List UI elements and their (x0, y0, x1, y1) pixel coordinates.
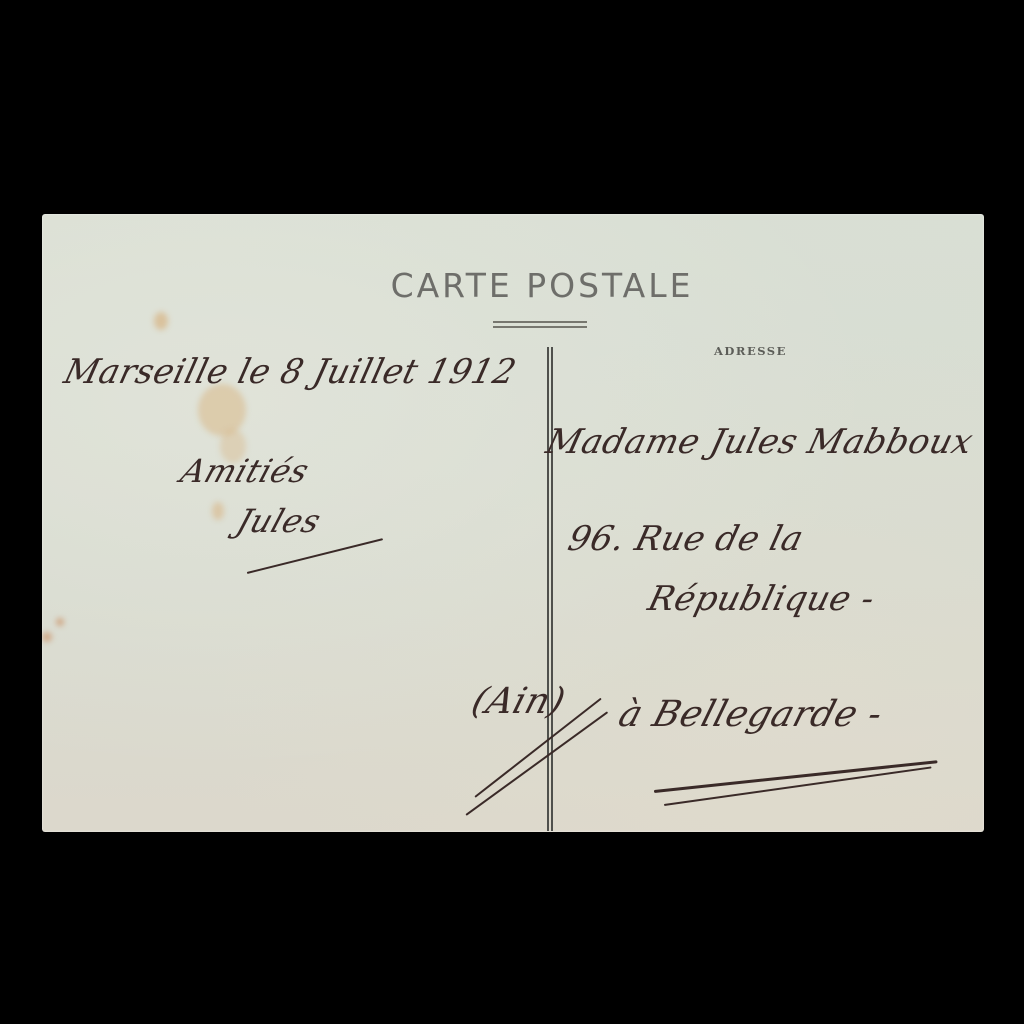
title-underline (493, 326, 587, 328)
foxing-stain (42, 632, 52, 642)
street-line-cont: République - (644, 579, 879, 619)
city: à Bellegarde - (614, 694, 887, 735)
signature-flourish (247, 538, 383, 574)
photo-backdrop: CARTE POSTALE ADRESSE Marseille le 8 Jui… (0, 0, 1024, 1024)
greeting: Amitiés (176, 452, 314, 490)
postcard: CARTE POSTALE ADRESSE Marseille le 8 Jui… (42, 214, 984, 832)
signature: Jules (232, 502, 326, 540)
department-flourish (465, 711, 608, 815)
foxing-stain (56, 618, 64, 626)
recipient-name: Madame Jules Mabboux - (542, 422, 984, 462)
department: (Ain) (467, 681, 570, 722)
street-line: 96. Rue de la (564, 519, 808, 559)
title-underline (493, 321, 587, 323)
place-date-line: Marseille le 8 Juillet 1912 (60, 352, 520, 392)
foxing-stain (212, 502, 224, 520)
postcard-title: CARTE POSTALE (352, 266, 732, 305)
center-divider (547, 347, 549, 831)
address-label: ADRESSE (714, 344, 787, 358)
city-underline (654, 760, 938, 793)
foxing-stain (154, 312, 168, 330)
center-divider (551, 347, 553, 831)
